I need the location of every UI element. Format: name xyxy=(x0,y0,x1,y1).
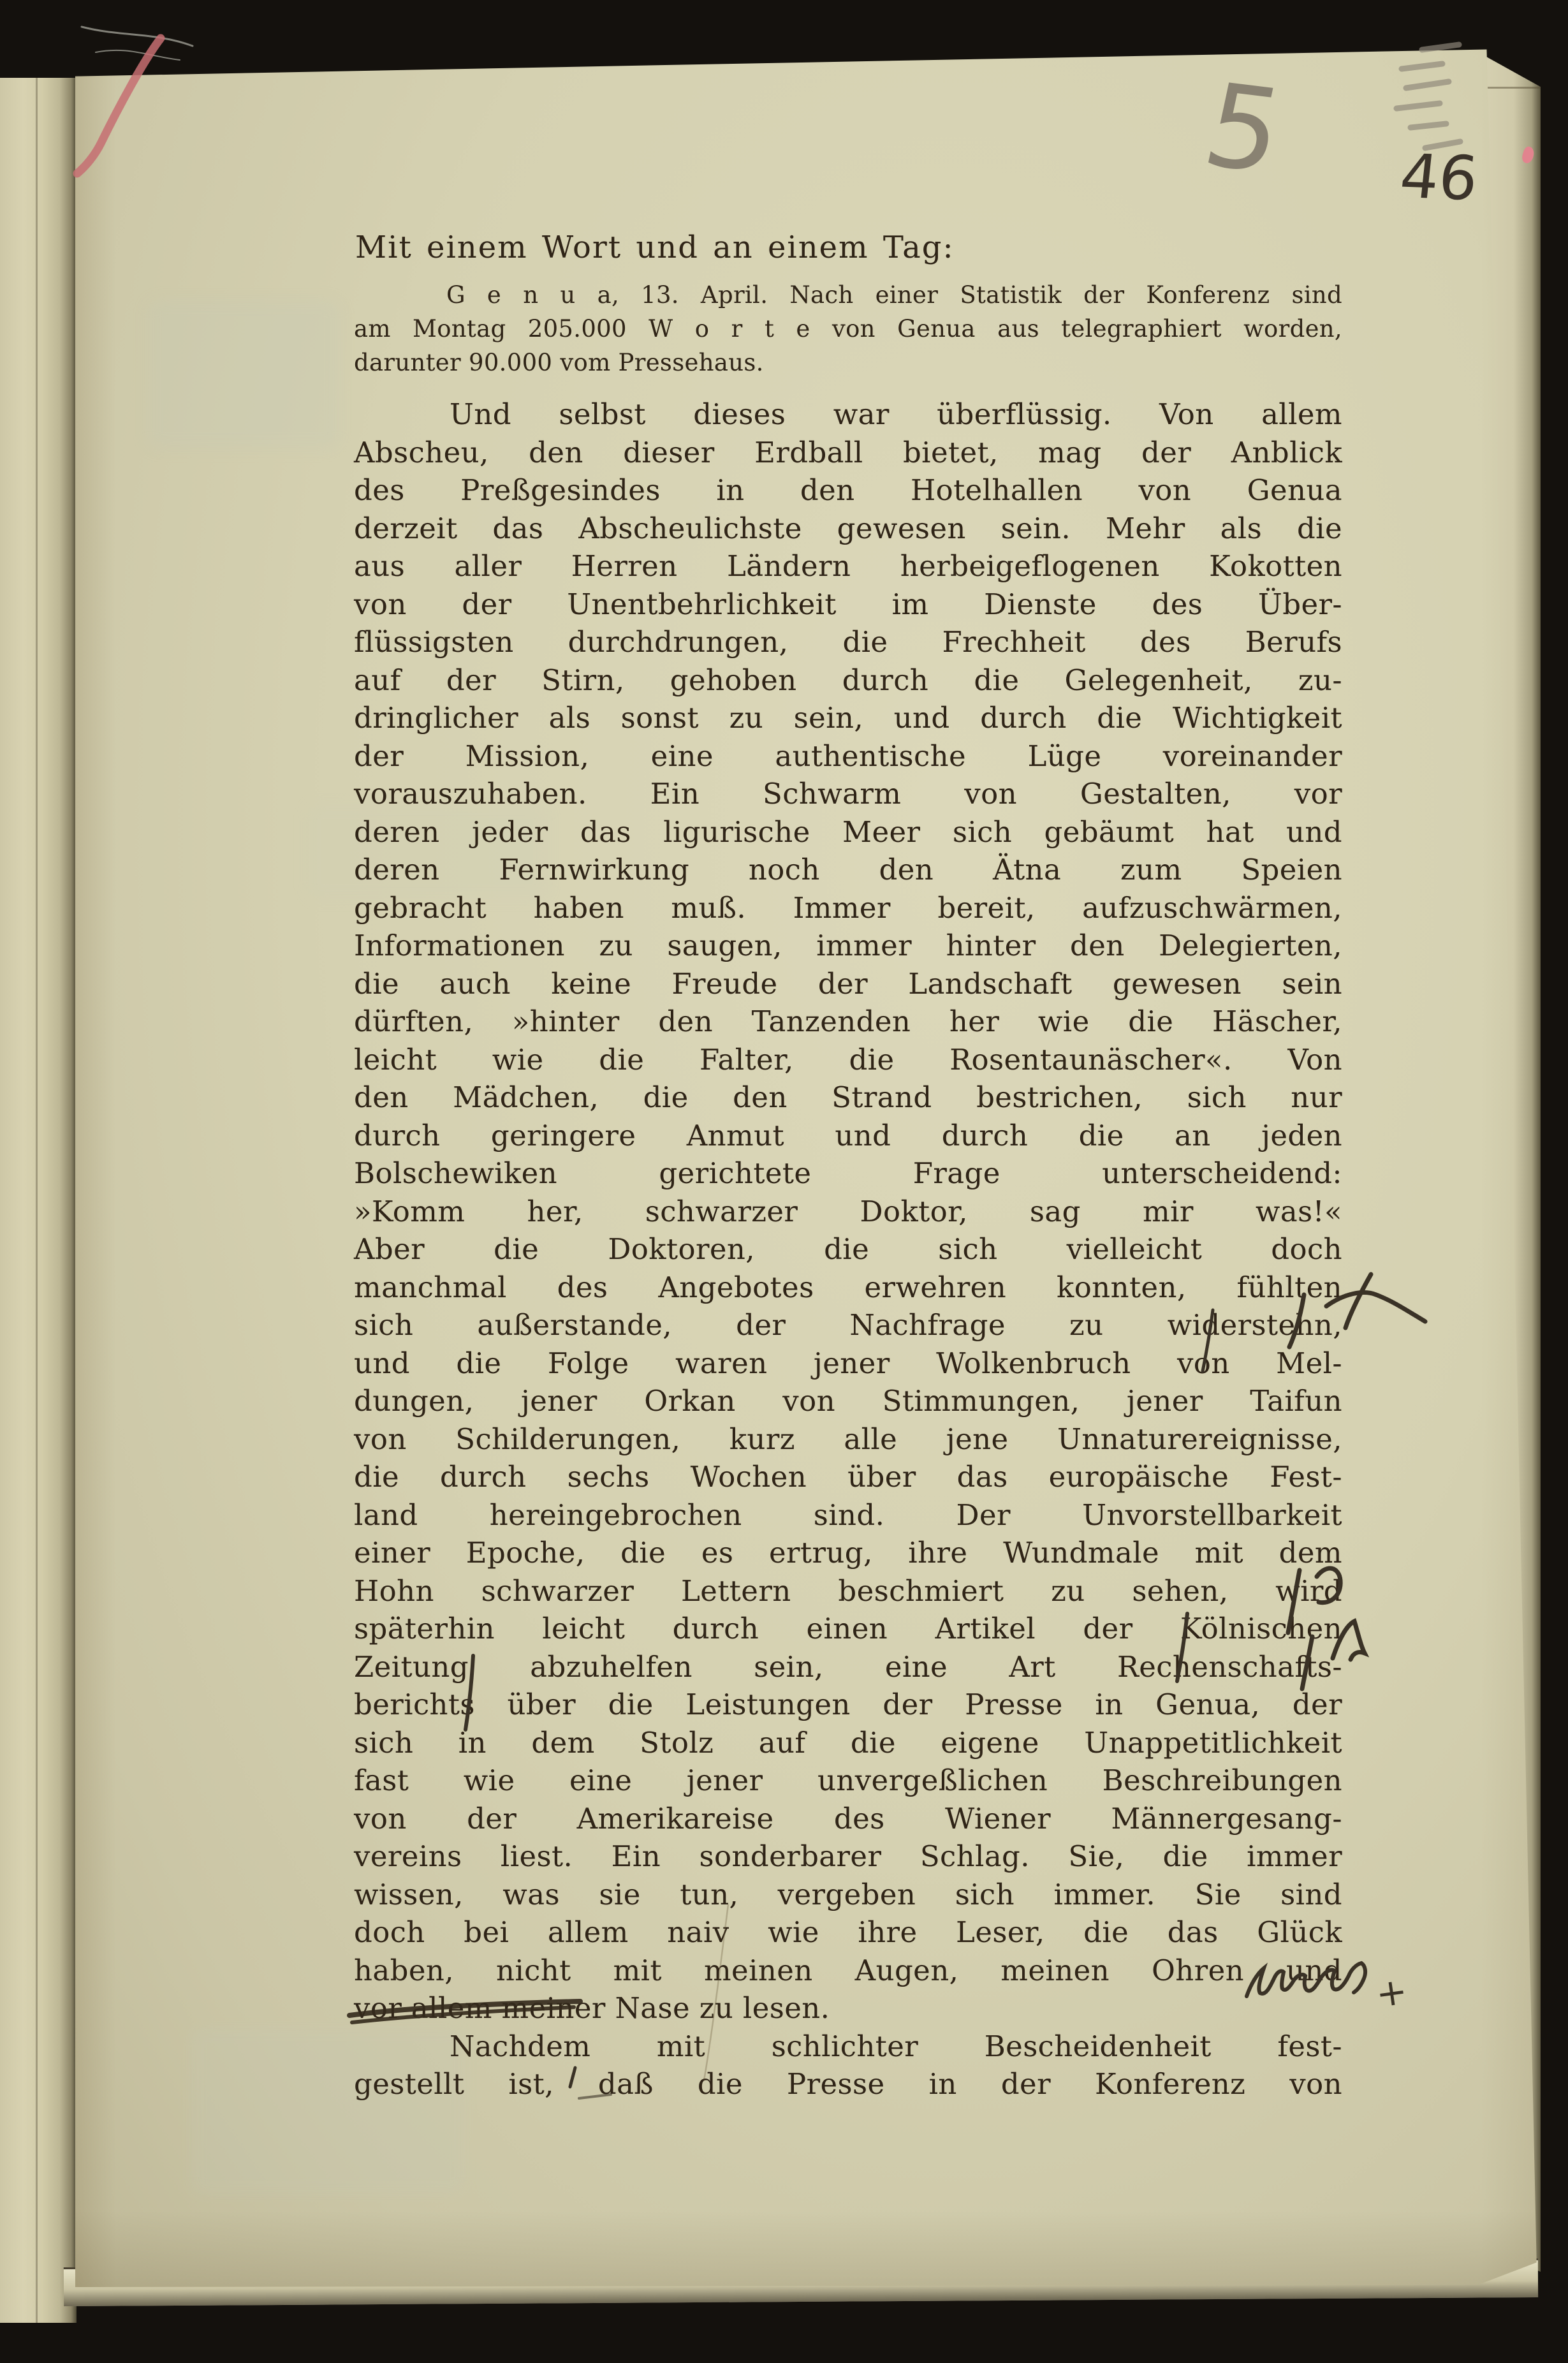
margin-mark-lambda xyxy=(1302,1621,1365,1689)
paper-scratch xyxy=(704,1904,728,2080)
paper-fibers xyxy=(82,27,193,60)
red-pencil-stroke xyxy=(77,38,161,173)
handwriting-overlay xyxy=(0,0,1568,2363)
strikethrough-vor-allem xyxy=(349,2001,580,2022)
scanned-book-photo: Mit einem Wort und an einem Tag: G e n u… xyxy=(0,0,1568,2363)
cursive-annotation xyxy=(1247,1963,1365,1996)
insert-mark-widerstehn xyxy=(1203,1310,1213,1371)
margin-mark-d xyxy=(1288,1568,1340,1633)
pencil-hatch-marks xyxy=(1396,45,1460,148)
apostrophe-mark xyxy=(570,2068,575,2087)
quote-mark-before-koelnischen xyxy=(1177,1614,1187,1681)
dash-before-dass xyxy=(579,2094,611,2098)
proof-pen-marks xyxy=(465,1310,1213,2098)
margin-mark-st xyxy=(1289,1274,1425,1347)
quote-mark-after-zeitung xyxy=(465,1656,473,1730)
